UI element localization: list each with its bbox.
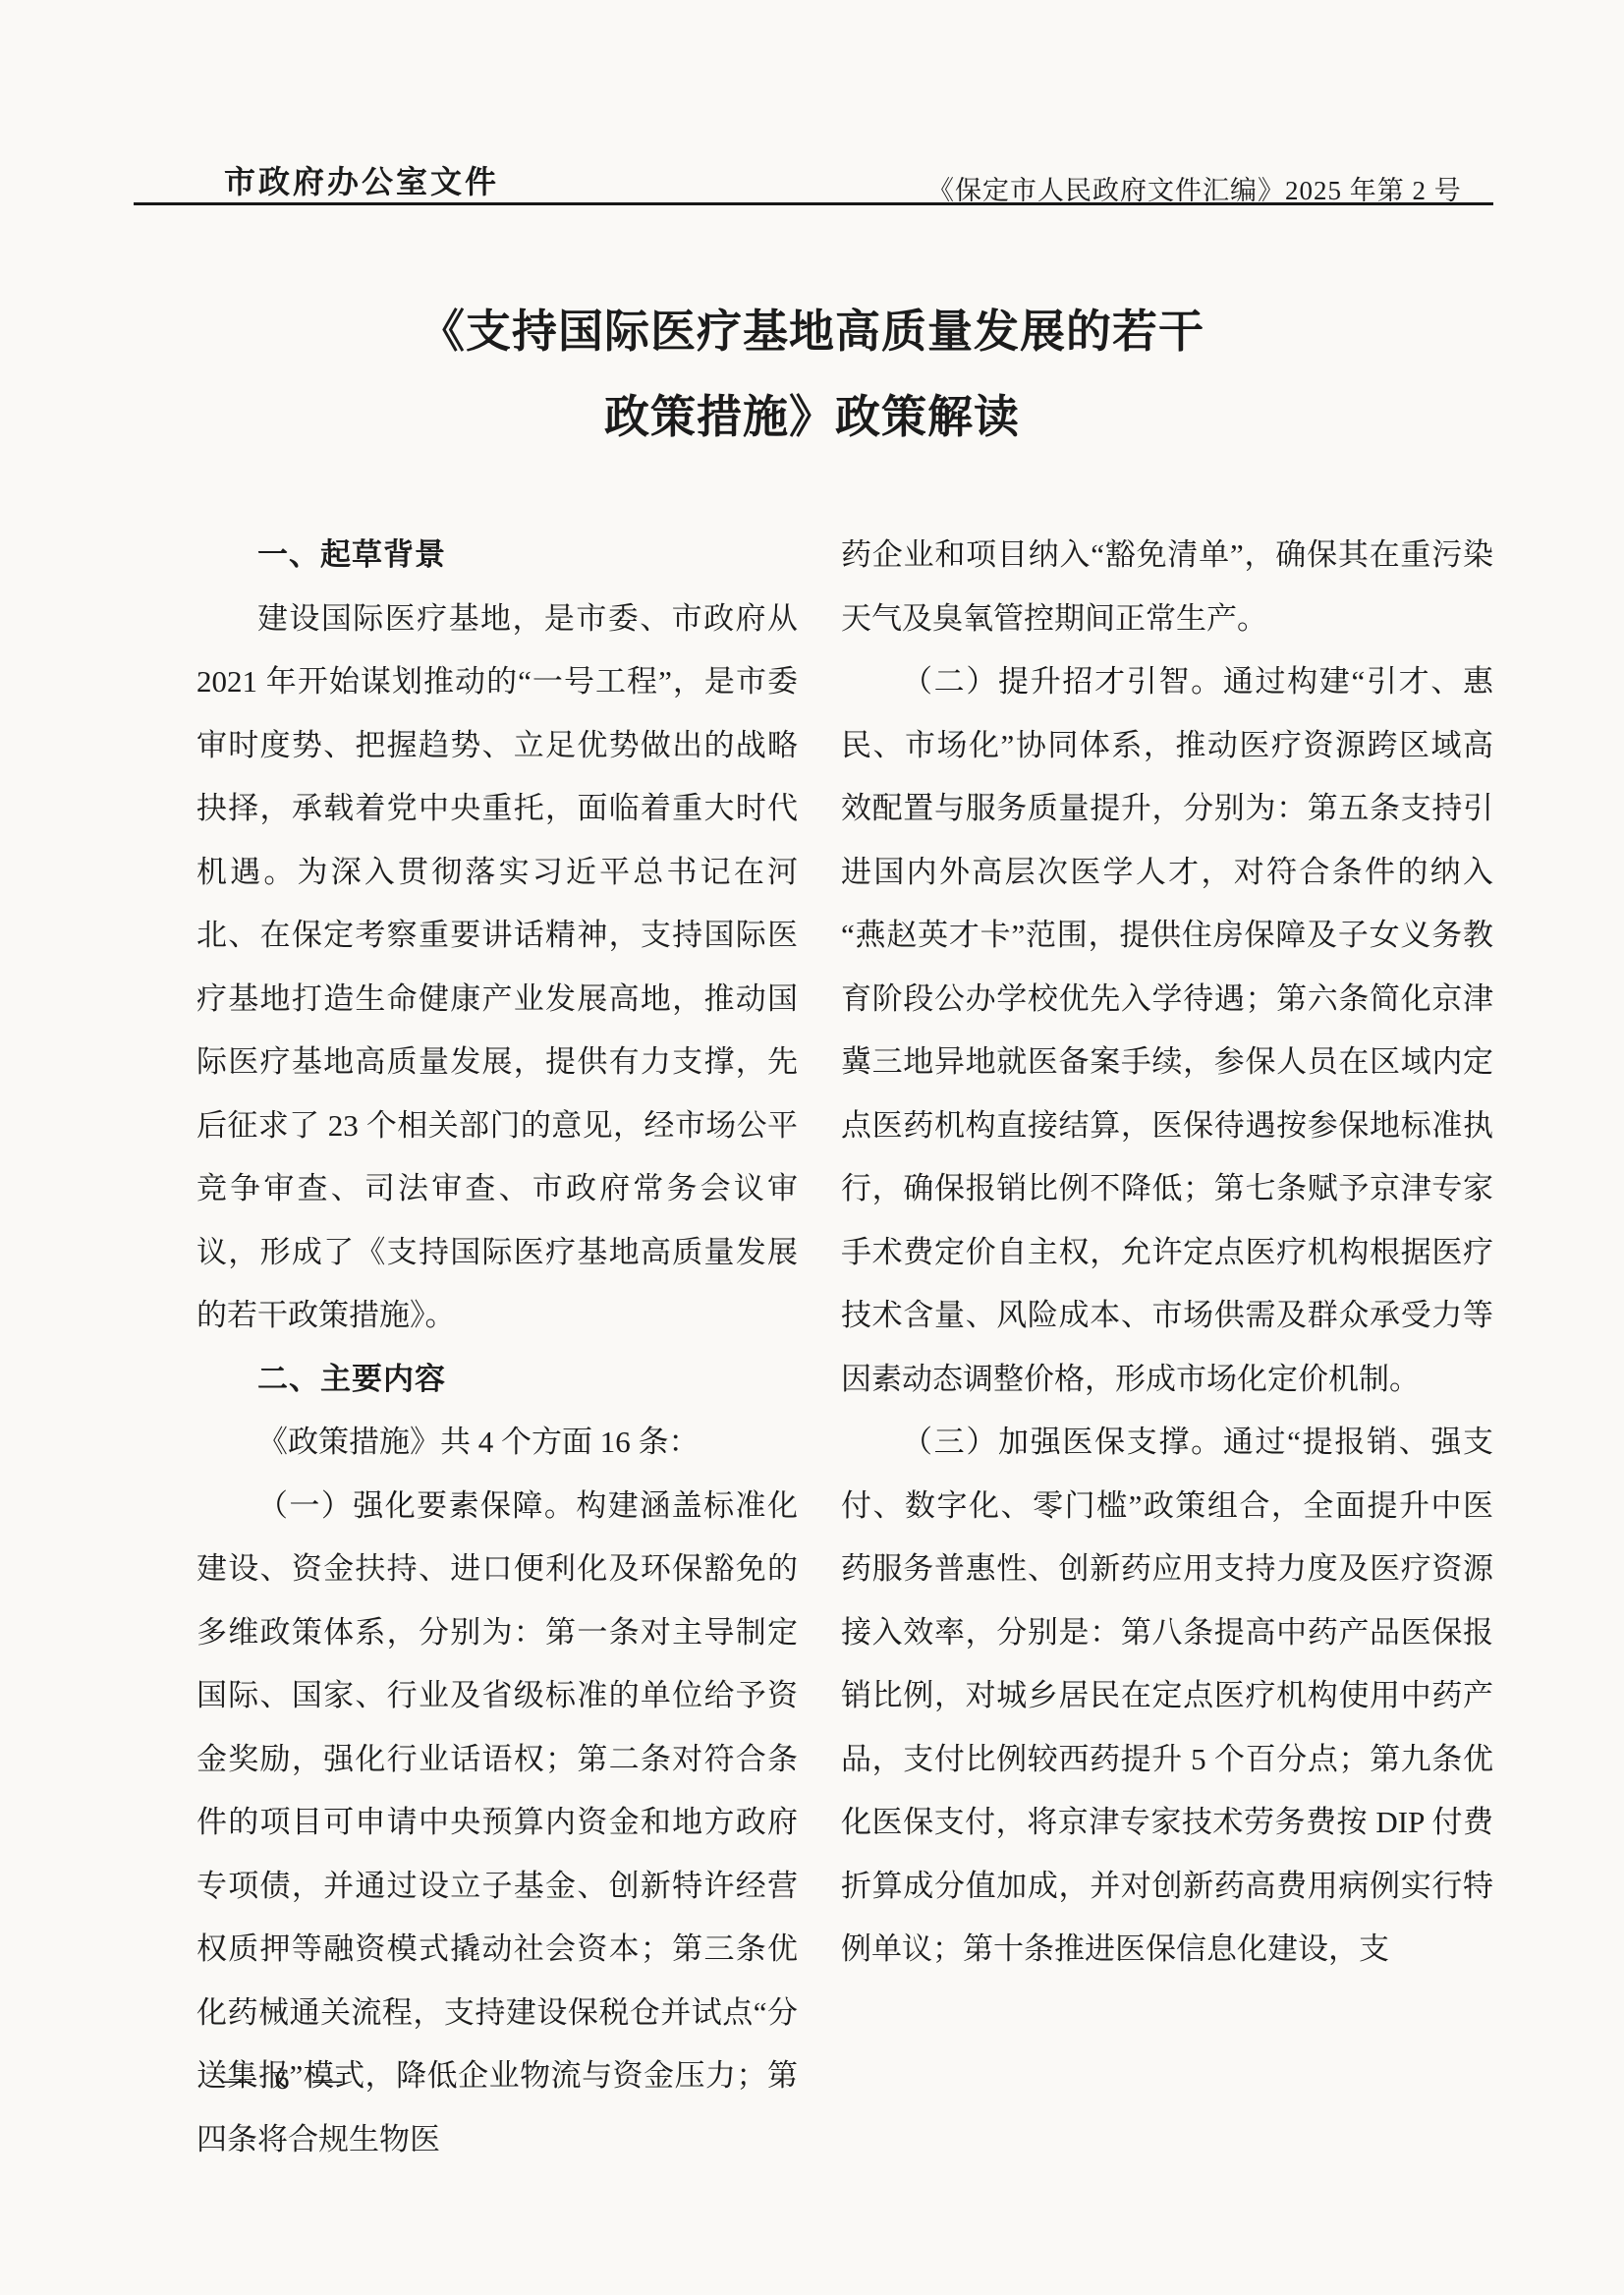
section-heading-drafting-background: 一、起草背景 — [196, 524, 798, 588]
left-column: 一、起草背景 建设国际医疗基地，是市委、市政府从 2021 年开始谋划推动的“一… — [196, 524, 798, 2171]
right-column: 药企业和项目纳入“豁免清单”，确保其在重污染天气及臭氧管控期间正常生产。 （二）… — [841, 524, 1493, 1982]
paragraph-measure-1-text: 构建涵盖标准化建设、资金扶持、进口便利化及环保豁免的多维政策体系，分别为：第一条… — [196, 1488, 798, 2156]
section-heading-main-content: 二、主要内容 — [196, 1348, 798, 1412]
paragraph-measure-3: （三）加强医保支撑。通过“提报销、强支付、数字化、零门槛”政策组合，全面提升中医… — [841, 1411, 1493, 1982]
title-line-2: 政策措施》政策解读 — [0, 374, 1624, 460]
paragraph-measure-2: （二）提升招才引智。通过构建“引才、惠民、市场化”协同体系，推动医疗资源跨区域高… — [841, 650, 1493, 1411]
document-title: 《支持国际医疗基地高质量发展的若干 政策措施》政策解读 — [0, 289, 1624, 460]
subheading-measure-2: （二）提升招才引智。 — [902, 664, 1223, 699]
title-line-1: 《支持国际医疗基地高质量发展的若干 — [0, 289, 1624, 374]
subheading-measure-1: （一）强化要素保障。 — [257, 1488, 576, 1523]
paragraph-measure-3-text: 通过“提报销、强支付、数字化、零门槛”政策组合，全面提升中医药服务普惠性、创新药… — [841, 1425, 1493, 1966]
document-page: 市政府办公室文件 《保定市人民政府文件汇编》2025 年第 2 号 《支持国际医… — [0, 0, 1624, 2295]
paragraph-background: 建设国际医疗基地，是市委、市政府从 2021 年开始谋划推动的“一号工程”，是市… — [196, 588, 798, 1348]
subheading-measure-3: （三）加强医保支撑。 — [902, 1425, 1223, 1459]
header-rule — [134, 202, 1493, 205]
paragraph-measure-1-continued: 药企业和项目纳入“豁免清单”，确保其在重污染天气及臭氧管控期间正常生产。 — [841, 524, 1493, 650]
header-doc-type: 市政府办公室文件 — [224, 157, 499, 202]
paragraph-overview: 《政策措施》共 4 个方面 16 条： — [196, 1411, 798, 1475]
page-number: — 6 — — [222, 2063, 350, 2097]
paragraph-measure-2-text: 通过构建“引才、惠民、市场化”协同体系，推动医疗资源跨区域高效配置与服务质量提升… — [841, 664, 1493, 1396]
